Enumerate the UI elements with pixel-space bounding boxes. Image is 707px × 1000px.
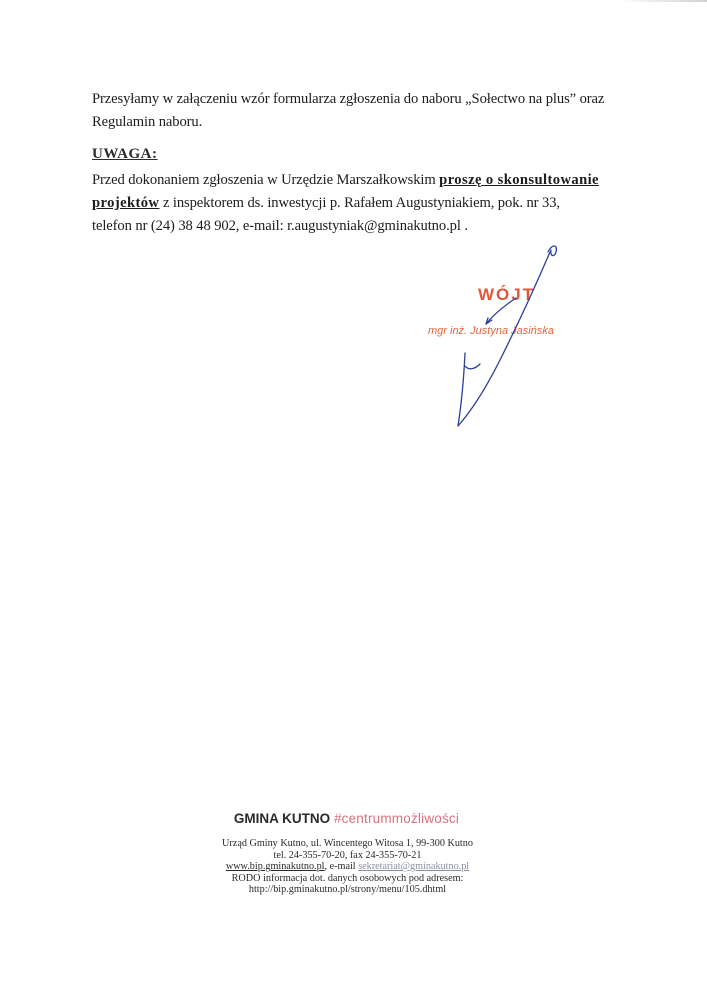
scan-artifact bbox=[617, 0, 707, 2]
notice-paragraph: Przed dokonaniem zgłoszenia w Urzędzie M… bbox=[92, 169, 612, 238]
notice-line: projektów z inspektorem ds. inwestycji p… bbox=[92, 192, 612, 215]
email-link[interactable]: sekretariat@gminakutno.pl bbox=[358, 861, 469, 872]
notice-heading: UWAGA: bbox=[92, 146, 158, 163]
footer-rodo-url[interactable]: http://bip.gminakutno.pl/strony/menu/105… bbox=[0, 884, 707, 896]
notice-text: z inspektorem ds. inwestycji p. Rafałem … bbox=[159, 195, 560, 211]
footer-info: Urząd Gminy Kutno, ul. Wincentego Witosa… bbox=[0, 838, 707, 896]
footer-phone: tel. 24-355-70-20, fax 24-355-70-21 bbox=[0, 850, 707, 862]
handwritten-signature-icon bbox=[420, 240, 600, 440]
email-label: , e-mail bbox=[325, 861, 359, 872]
footer-contact: www.bip.gminakutno.pl, e-mail sekretaria… bbox=[0, 861, 707, 873]
website-link[interactable]: www.bip.gminakutno.pl bbox=[226, 861, 325, 872]
intro-line: Regulamin naboru. bbox=[92, 111, 612, 134]
footer-brand: GMINA KUTNO #centrummożliwości bbox=[0, 811, 707, 826]
intro-paragraph: Przesyłamy w załączeniu wzór formularza … bbox=[92, 88, 612, 134]
notice-line: Przed dokonaniem zgłoszenia w Urzędzie M… bbox=[92, 169, 612, 192]
notice-emphasis: proszę o skonsultowanie bbox=[439, 172, 599, 188]
notice-text: Przed dokonaniem zgłoszenia w Urzędzie M… bbox=[92, 172, 439, 188]
notice-line: telefon nr (24) 38 48 902, e-mail: r.aug… bbox=[92, 215, 612, 238]
brand-hashtag: #centrummożliwości bbox=[334, 811, 459, 826]
footer-rodo: RODO informacja dot. danych osobowych po… bbox=[0, 873, 707, 885]
footer-address: Urząd Gminy Kutno, ul. Wincentego Witosa… bbox=[0, 838, 707, 850]
intro-line: Przesyłamy w załączeniu wzór formularza … bbox=[92, 88, 612, 111]
notice-emphasis: projektów bbox=[92, 195, 159, 211]
brand-name: GMINA KUTNO bbox=[234, 811, 330, 826]
